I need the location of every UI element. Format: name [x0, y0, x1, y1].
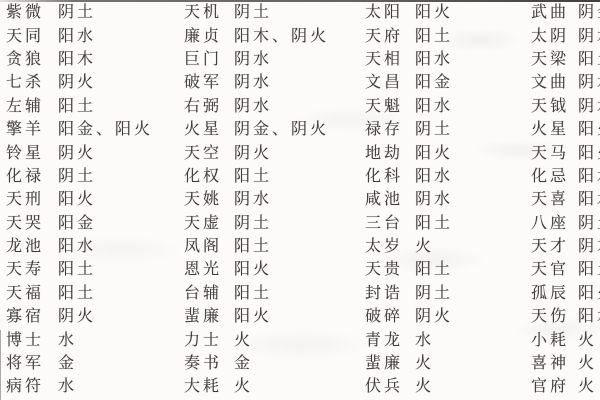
star-name: 火星	[184, 122, 234, 138]
star-name: 天姚	[184, 192, 234, 208]
element-label: 阳土	[234, 286, 365, 302]
table-row: 病符水大耗火伏兵火官府火	[6, 376, 600, 399]
element-label: 金	[58, 356, 184, 372]
star-name: 封诰	[365, 286, 415, 302]
element-label: 阴水	[234, 52, 365, 68]
element-label: 阳土	[58, 286, 184, 302]
element-label: 阳火	[578, 146, 600, 162]
table-row: 擎羊阳金、阳火火星阴金、阴火禄存阴土火星阳火	[6, 118, 600, 141]
element-label: 阴金	[578, 5, 600, 21]
element-label: 阴火	[58, 309, 184, 325]
element-label: 阳土	[234, 169, 365, 185]
element-label: 火	[578, 356, 600, 372]
element-label: 阴土	[58, 5, 184, 21]
table-row: 贪狼阳木巨门阴水天相阳水天梁阳土	[6, 48, 600, 71]
star-name: 武曲	[531, 5, 578, 21]
star-name: 台辅	[184, 286, 234, 302]
star-name: 火星	[531, 122, 578, 138]
star-name: 天刑	[6, 192, 58, 208]
element-label: 阳水	[578, 309, 600, 325]
element-label: 水	[58, 333, 184, 349]
table-row: 博士水力士火青龙水小耗火	[6, 329, 600, 352]
table-row: 将军金奏书金蜚廉火喜神火	[6, 352, 600, 375]
star-name: 喜神	[531, 356, 578, 372]
star-name: 擎羊	[6, 122, 58, 138]
star-name: 文曲	[531, 75, 578, 91]
element-label: 阳火	[578, 286, 600, 302]
element-label: 阳土	[58, 262, 184, 278]
star-name: 破碎	[365, 309, 415, 325]
star-name: 天寿	[6, 262, 58, 278]
element-label: 阴土	[415, 286, 531, 302]
element-label: 阴水	[234, 75, 365, 91]
element-label: 水	[415, 333, 531, 349]
table-row: 化禄阴土化权阳土化科阳水化忌阳水	[6, 165, 600, 188]
star-name: 力士	[184, 333, 234, 349]
table-row: 天寿阳土恩光阳火天贵阳土天官阳土	[6, 259, 600, 282]
table-row: 左辅阳土右弼阴水天魁阳水天钺阴水	[6, 95, 600, 118]
star-name: 恩光	[184, 262, 234, 278]
star-name: 龙池	[6, 239, 58, 255]
element-label: 阳木、阴火	[234, 29, 365, 45]
element-label: 阳水	[415, 99, 531, 115]
element-label: 阳水	[415, 169, 531, 185]
star-name: 大耗	[184, 379, 234, 395]
element-label: 阴火	[58, 75, 184, 91]
table-row: 寡宿阴火蜚廉阳火破碎阴火天伤阳水	[6, 306, 600, 329]
star-name: 凤阁	[184, 239, 234, 255]
star-name: 天机	[184, 5, 234, 21]
star-name: 蜚廉	[184, 309, 234, 325]
star-name: 小耗	[531, 333, 578, 349]
table-row: 天哭阳金天虚阴土三台阳土八座阴土	[6, 212, 600, 235]
star-name: 化忌	[531, 169, 578, 185]
star-name: 禄存	[365, 122, 415, 138]
star-element-table: 紫微阴土天机阴土太阳阳火武曲阴金天同阳水廉贞阳木、阴火天府阳土太阴阴水贪狼阳木巨…	[6, 2, 600, 400]
star-name: 化科	[365, 169, 415, 185]
star-name: 廉贞	[184, 29, 234, 45]
star-name: 太岁	[365, 239, 415, 255]
star-name: 天魁	[365, 99, 415, 115]
element-label: 阳土	[578, 52, 600, 68]
star-name: 将军	[6, 356, 58, 372]
star-name: 地劫	[365, 146, 415, 162]
element-label: 阳水	[415, 52, 531, 68]
star-name: 天伤	[531, 309, 578, 325]
element-label: 火	[415, 379, 531, 395]
element-label: 火	[415, 356, 531, 372]
star-name: 七杀	[6, 75, 58, 91]
element-label: 阴土	[415, 122, 531, 138]
table-row: 紫微阴土天机阴土太阳阳火武曲阴金	[6, 2, 600, 25]
star-name: 天空	[184, 146, 234, 162]
star-name: 文昌	[365, 75, 415, 91]
element-label: 阴土	[234, 5, 365, 21]
star-name: 天同	[6, 29, 58, 45]
star-name: 天虚	[184, 216, 234, 232]
element-label: 阴金、阴火	[234, 122, 365, 138]
element-label: 阳土	[415, 262, 531, 278]
star-name: 化权	[184, 169, 234, 185]
element-label: 阴火	[234, 146, 365, 162]
star-name: 病符	[6, 379, 58, 395]
element-label: 金	[234, 356, 365, 372]
star-name: 贪狼	[6, 52, 58, 68]
element-label: 阳土	[415, 29, 531, 45]
element-label: 阴水	[415, 192, 531, 208]
element-label: 阳火	[415, 146, 531, 162]
element-label: 阴土	[58, 169, 184, 185]
star-name: 伏兵	[365, 379, 415, 395]
element-label: 阳火	[234, 262, 365, 278]
element-label: 阴水	[578, 99, 600, 115]
element-label: 阳金	[58, 216, 184, 232]
element-label: 阳水	[58, 239, 184, 255]
star-name: 官府	[531, 379, 578, 395]
star-name: 寡宿	[6, 309, 58, 325]
star-name: 天梁	[531, 52, 578, 68]
element-label: 阴土	[578, 216, 600, 232]
table-row: 天同阳水廉贞阳木、阴火天府阳土太阴阴水	[6, 25, 600, 48]
star-name: 天钺	[531, 99, 578, 115]
element-label: 水	[58, 379, 184, 395]
element-label: 阳水	[578, 192, 600, 208]
star-name: 巨门	[184, 52, 234, 68]
element-label: 火	[415, 239, 531, 255]
element-label: 阴水	[578, 75, 600, 91]
element-label: 阴火	[58, 146, 184, 162]
table-row: 七杀阴火破军阴水文昌阳金文曲阴水	[6, 72, 600, 95]
star-name: 天贵	[365, 262, 415, 278]
star-name: 天府	[365, 29, 415, 45]
element-label: 火	[234, 333, 365, 349]
star-name: 天马	[531, 146, 578, 162]
element-label: 阳土	[58, 99, 184, 115]
element-label: 阴火	[415, 309, 531, 325]
element-label: 阳火	[415, 5, 531, 21]
star-name: 太阳	[365, 5, 415, 21]
star-name: 蜚廉	[365, 356, 415, 372]
star-name: 天官	[531, 262, 578, 278]
star-name: 天相	[365, 52, 415, 68]
element-label: 阳火	[578, 122, 600, 138]
star-name: 青龙	[365, 333, 415, 349]
element-label: 火	[578, 333, 600, 349]
element-label: 火	[234, 379, 365, 395]
star-name: 孤辰	[531, 286, 578, 302]
element-label: 阳土	[415, 216, 531, 232]
element-label: 阳木	[58, 52, 184, 68]
table-row: 天福阳土台辅阳土封诰阴土孤辰阳火	[6, 282, 600, 305]
star-name: 天才	[531, 239, 578, 255]
element-label: 阴水	[234, 99, 365, 115]
star-name: 天哭	[6, 216, 58, 232]
star-name: 咸池	[365, 192, 415, 208]
element-label: 阳水	[578, 169, 600, 185]
star-name: 天喜	[531, 192, 578, 208]
element-label: 阳火	[58, 192, 184, 208]
table-row: 龙池阳水凤阁阳土太岁火天才阴木	[6, 235, 600, 258]
star-name: 化禄	[6, 169, 58, 185]
element-label: 阳金	[415, 75, 531, 91]
star-name: 铃星	[6, 146, 58, 162]
star-name: 奏书	[184, 356, 234, 372]
star-name: 博士	[6, 333, 58, 349]
star-name: 三台	[365, 216, 415, 232]
element-label: 阴土	[234, 216, 365, 232]
element-label: 阳火	[234, 309, 365, 325]
table-row: 天刑阳火天姚阴水咸池阴水天喜阳水	[6, 189, 600, 212]
element-label: 阳土	[234, 239, 365, 255]
element-label: 阴水	[578, 29, 600, 45]
star-name: 左辅	[6, 99, 58, 115]
star-name: 紫微	[6, 5, 58, 21]
star-name: 天福	[6, 286, 58, 302]
star-name: 八座	[531, 216, 578, 232]
element-label: 阳水	[58, 29, 184, 45]
element-label: 阳金、阳火	[58, 122, 184, 138]
element-label: 阴木	[578, 239, 600, 255]
element-label: 阳土	[578, 262, 600, 278]
page-left-edge-line	[0, 330, 1, 400]
star-name: 右弼	[184, 99, 234, 115]
table-row: 铃星阴火天空阴火地劫阳火天马阳火	[6, 142, 600, 165]
star-name: 太阴	[531, 29, 578, 45]
element-label: 阴水	[234, 192, 365, 208]
element-label: 火	[578, 379, 600, 395]
star-name: 破军	[184, 75, 234, 91]
